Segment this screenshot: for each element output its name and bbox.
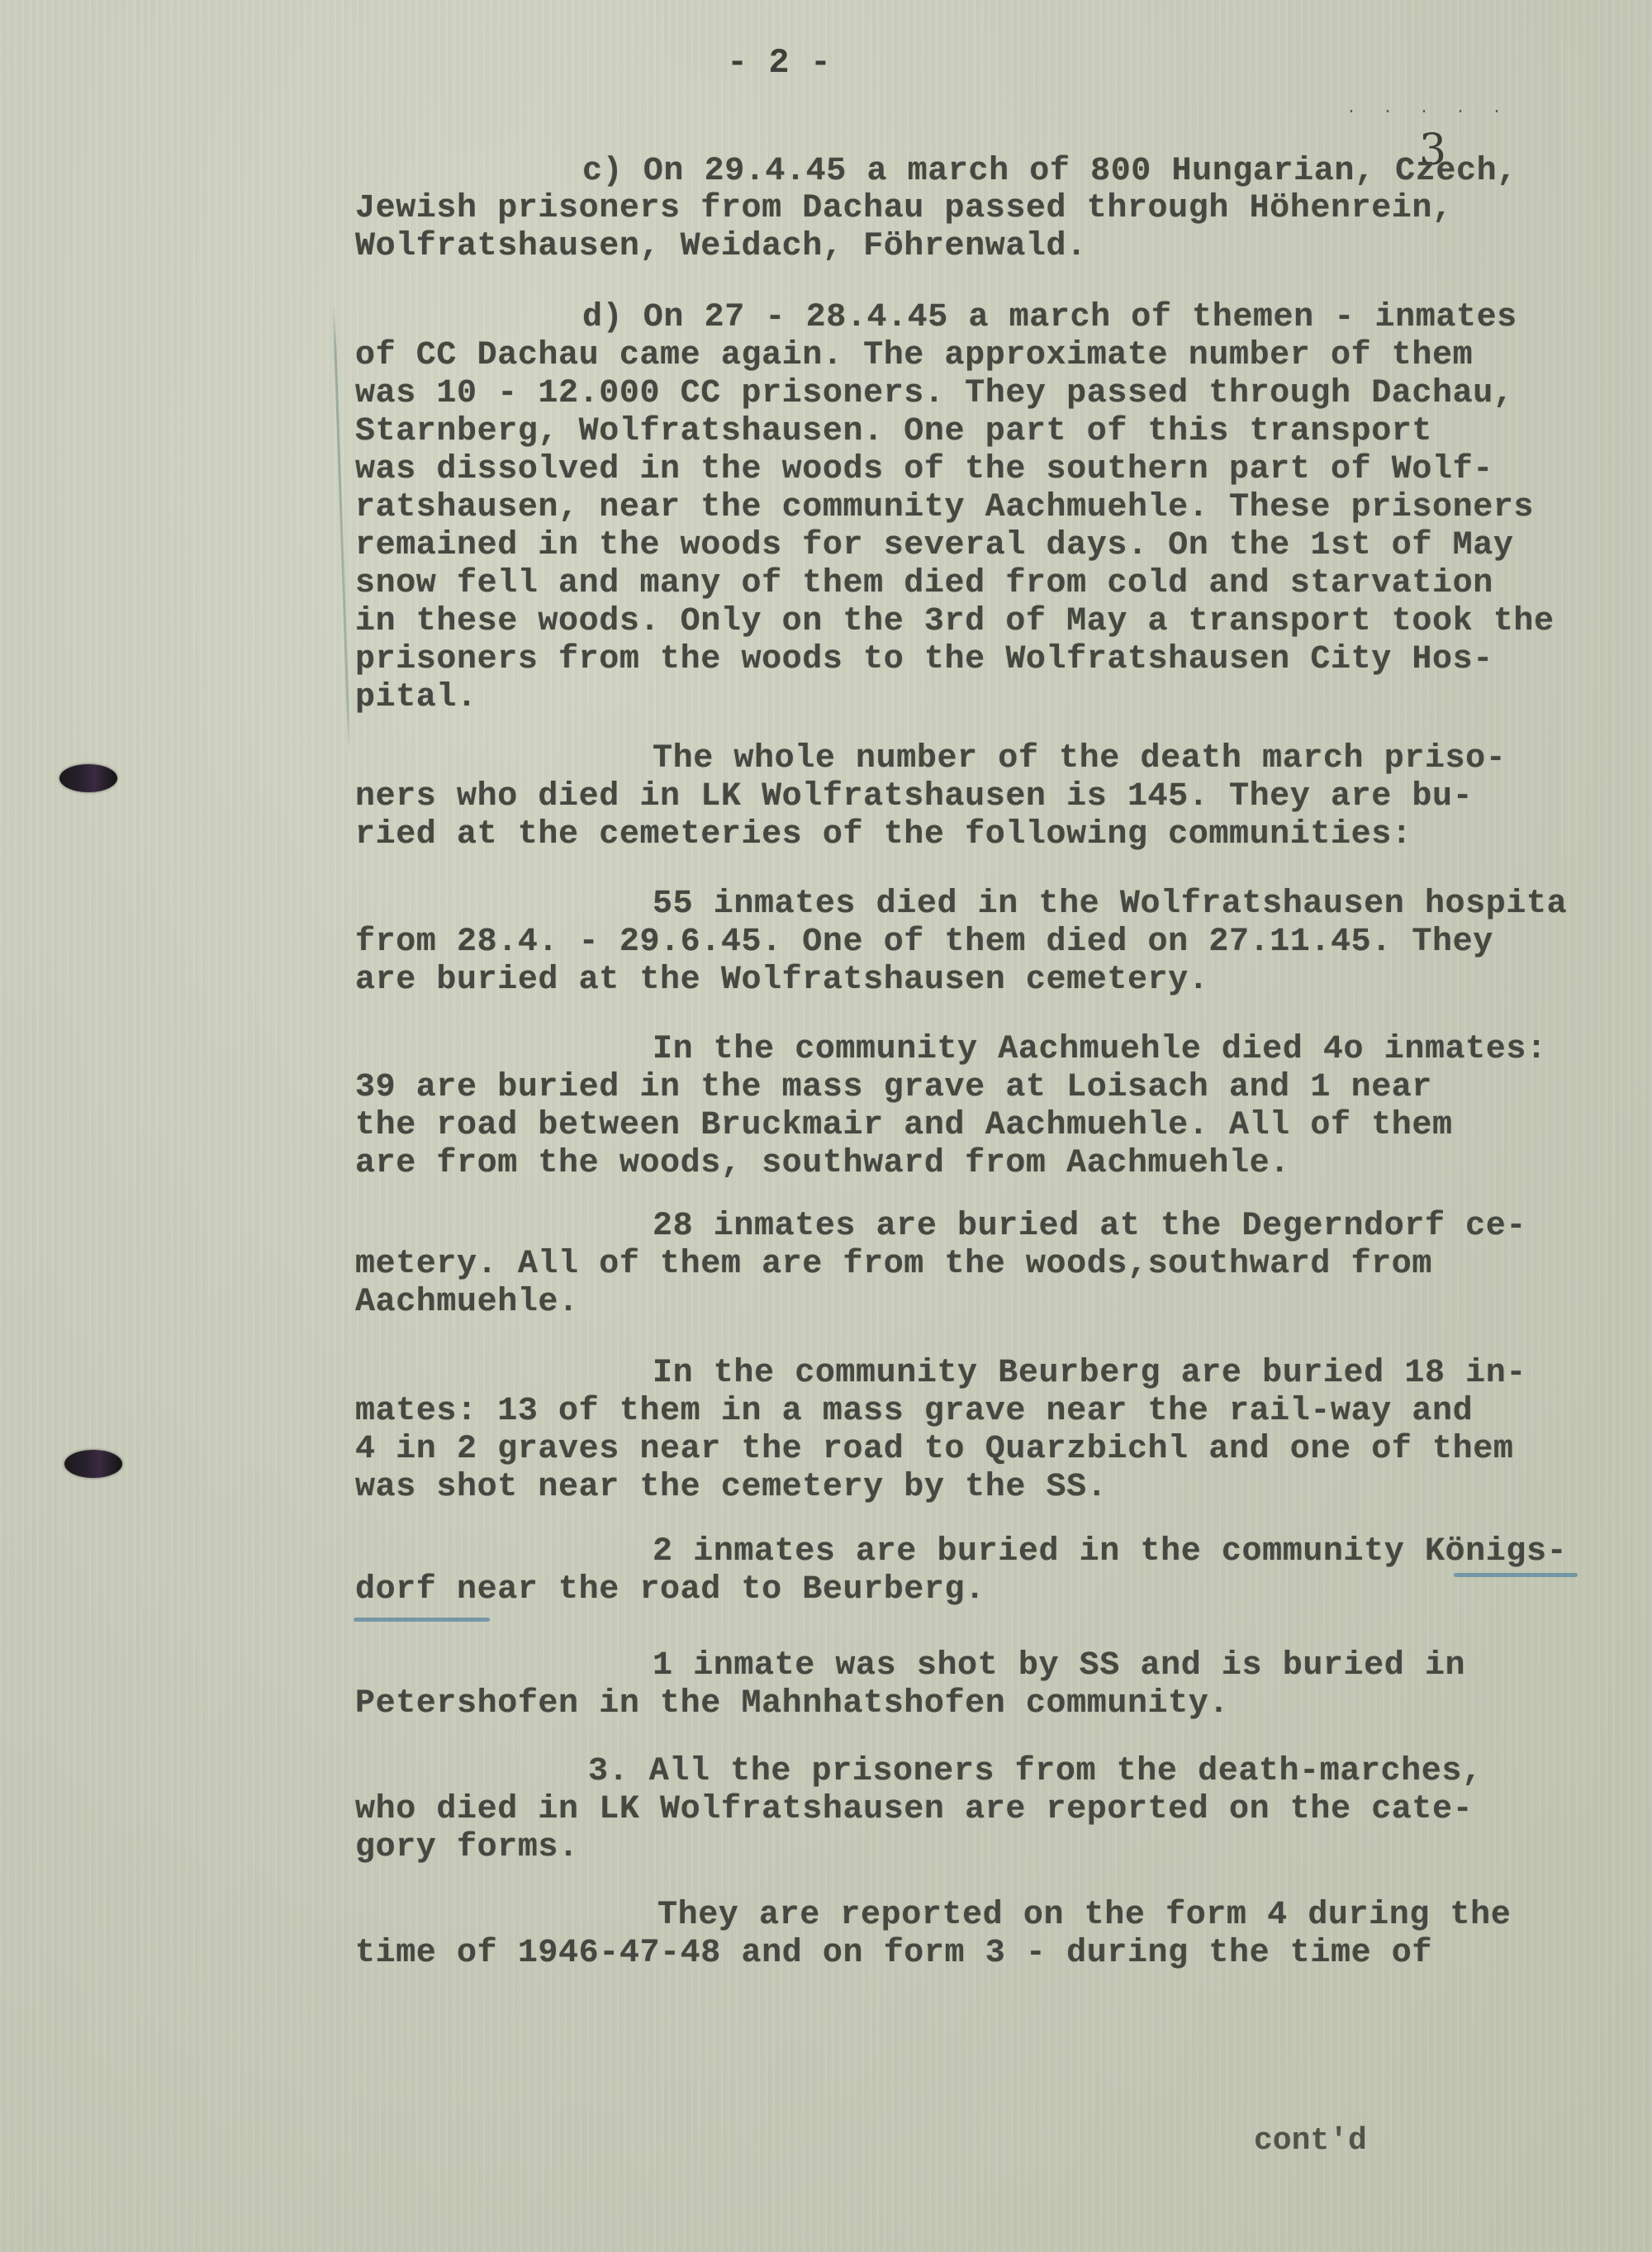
paragraph-c-line-3: Wolfratshausen, Weidach, Föhrenwald.	[355, 228, 1087, 266]
paragraph-d-line-3: was 10 - 12.000 CC prisoners. They passe…	[355, 375, 1513, 413]
paragraph-d-line-6: ratshausen, near the community Aachmuehl…	[355, 489, 1534, 527]
paragraph-aachmuehle-line-3: the road between Bruckmair and Aachmuehl…	[355, 1107, 1453, 1145]
section-3-line-1: 3. All the prisoners from the death-marc…	[588, 1753, 1483, 1791]
paragraph-forms-line-1: They are reported on the form 4 during t…	[657, 1897, 1511, 1935]
paragraph-beurberg-line-2: mates: 13 of them in a mass grave near t…	[355, 1393, 1473, 1431]
paragraph-d-line-4: Starnberg, Wolfratshausen. One part of t…	[355, 413, 1432, 451]
paragraph-d-line-8: snow fell and many of them died from col…	[355, 565, 1493, 603]
paragraph-total-line-2: ners who died in LK Wolfratshausen is 14…	[355, 778, 1473, 816]
paragraph-d-line-11: pital.	[355, 679, 477, 717]
paragraph-degerndorf-line-2: metery. All of them are from the woods,s…	[355, 1246, 1432, 1284]
typewritten-page: . . . . . - 2 - 3 c) On 29.4.45 a march …	[0, 0, 1652, 2252]
stray-dots: . . . . .	[1346, 99, 1510, 118]
paragraph-d-line-9: in these woods. Only on the 3rd of May a…	[355, 603, 1555, 641]
ink-underline-dorf	[354, 1618, 490, 1622]
punch-hole-bottom	[64, 1450, 122, 1478]
paragraph-koenigsdorf-line-1: 2 inmates are buried in the community Kö…	[653, 1533, 1567, 1571]
paragraph-aachmuehle-line-4: are from the woods, southward from Aachm…	[355, 1145, 1290, 1183]
punch-hole-top	[59, 764, 117, 792]
ink-underline-koenigs	[1454, 1573, 1578, 1577]
paragraph-beurberg-line-3: 4 in 2 graves near the road to Quarzbich…	[355, 1431, 1513, 1469]
paragraph-c-line-2: Jewish prisoners from Dachau passed thro…	[355, 190, 1453, 228]
paragraph-beurberg-line-1: In the community Beurberg are buried 18 …	[653, 1355, 1526, 1393]
paragraph-total-line-3: ried at the cemeteries of the following …	[355, 816, 1412, 854]
paragraph-aachmuehle-line-1: In the community Aachmuehle died 4o inma…	[653, 1031, 1547, 1069]
paragraph-d-line-7: remained in the woods for several days. …	[355, 527, 1513, 565]
continued-marker: cont'd	[1254, 2123, 1367, 2159]
paragraph-total-line-1: The whole number of the death march pris…	[653, 740, 1506, 778]
paragraph-hospital-line-1: 55 inmates died in the Wolfratshausen ho…	[653, 886, 1567, 924]
paragraph-d-line-5: was dissolved in the woods of the southe…	[355, 451, 1493, 489]
paragraph-koenigsdorf-line-2: dorf near the road to Beurberg.	[355, 1571, 985, 1609]
paragraph-d-line-10: prisoners from the woods to the Wolfrats…	[355, 641, 1493, 679]
paragraph-petershofen-line-1: 1 inmate was shot by SS and is buried in	[653, 1647, 1465, 1685]
section-3-line-2: who died in LK Wolfratshausen are report…	[355, 1791, 1473, 1829]
paragraph-hospital-line-2: from 28.4. - 29.6.45. One of them died o…	[355, 924, 1493, 962]
section-3-line-3: gory forms.	[355, 1829, 579, 1867]
paragraph-degerndorf-line-3: Aachmuehle.	[355, 1284, 579, 1322]
paragraph-beurberg-line-4: was shot near the cemetery by the SS.	[355, 1469, 1107, 1507]
paragraph-hospital-line-3: are buried at the Wolfratshausen cemeter…	[355, 962, 1208, 1000]
paragraph-c-line-1: c) On 29.4.45 a march of 800 Hungarian, …	[582, 153, 1517, 191]
paragraph-d-line-2: of CC Dachau came again. The approximate…	[355, 337, 1473, 375]
paragraph-aachmuehle-line-2: 39 are buried in the mass grave at Loisa…	[355, 1069, 1432, 1107]
paragraph-degerndorf-line-1: 28 inmates are buried at the Degerndorf …	[653, 1208, 1526, 1246]
paragraph-d-line-1: d) On 27 - 28.4.45 a march of themen - i…	[582, 299, 1517, 337]
page-number: - 2 -	[727, 43, 831, 83]
paragraph-forms-line-2: time of 1946-47-48 and on form 3 - durin…	[355, 1935, 1432, 1973]
margin-pencil-line	[333, 306, 351, 752]
paragraph-petershofen-line-2: Petershofen in the Mahnhatshofen communi…	[355, 1685, 1229, 1723]
